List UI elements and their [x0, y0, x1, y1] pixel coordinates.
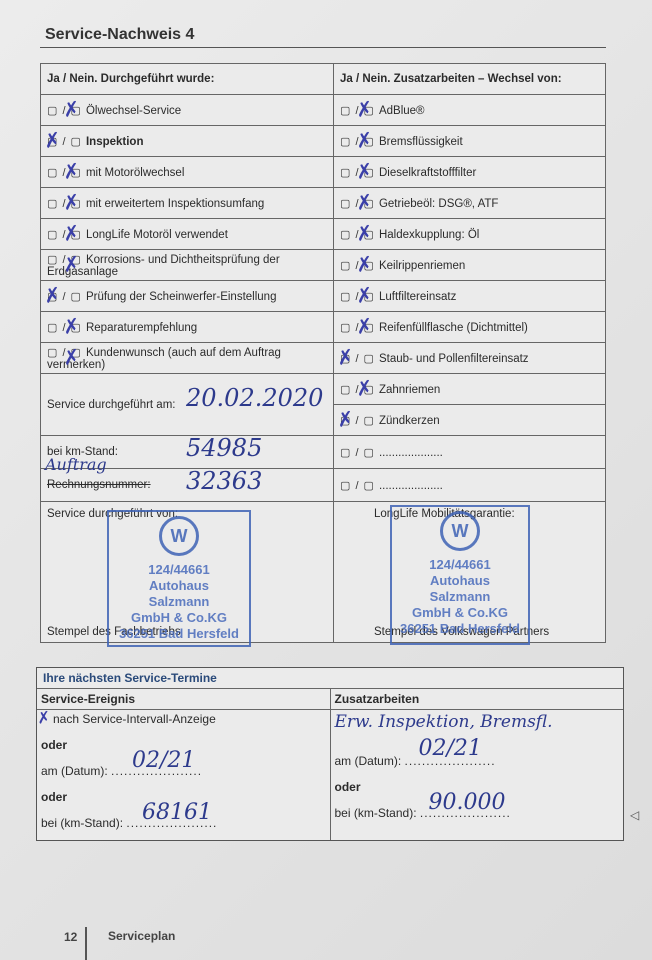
item-label: Luftfiltereinsatz: [379, 291, 456, 303]
vw-logo-icon: W: [440, 511, 480, 551]
stamp-line: Salzmann: [109, 594, 249, 610]
checklist-item[interactable]: ▢ / ▢✗Korrosions- und Dichtheitsprüfung …: [41, 250, 334, 281]
item-label: Bremsflüssigkeit: [379, 136, 463, 148]
item-label: Zahnriemen: [379, 384, 440, 396]
check-mark-icon: ✗: [36, 707, 52, 728]
extra-work-header: Zusatzarbeiten: [331, 689, 624, 710]
right-km-field[interactable]: bei (km-Stand): .....................90.…: [331, 804, 624, 830]
extra-work-value: Erw. Inspektion, Bremsfl.: [335, 712, 553, 732]
item-label: Getriebeöl: DSG®, ATF: [379, 198, 498, 210]
checklist-item[interactable]: ▢ / ▢✗Inspektion: [41, 126, 334, 157]
checklist-item[interactable]: ▢ / ▢....................: [334, 469, 606, 502]
header-right: Ja / Nein. Zusatzarbeiten – Wechsel von:: [334, 64, 606, 95]
page-number: 12: [64, 930, 77, 944]
field-label: Service durchgeführt am:: [47, 399, 175, 411]
item-label: LongLife Motoröl verwendet: [86, 229, 228, 241]
field-value: 32363: [186, 467, 262, 495]
check-mark-icon: ✗: [42, 127, 62, 153]
checklist-item[interactable]: ▢ / ▢✗Reparaturempfehlung: [41, 312, 334, 343]
check-mark-icon: ✗: [61, 158, 81, 184]
check-mark-icon: ✗: [61, 251, 81, 277]
item-label: Dieselkraftstofffilter: [379, 167, 476, 179]
yes-no-checkbox[interactable]: ▢ / ▢: [340, 446, 375, 459]
checklist-item[interactable]: ▢ / ▢✗Ölwechsel-Service: [41, 95, 334, 126]
service-event-column: Service-Ereignis ✗nach Service-Intervall…: [37, 689, 331, 840]
km-field[interactable]: bei (km-Stand): .....................681…: [37, 814, 330, 840]
date-label: am (Datum):: [41, 764, 108, 778]
dealer-stamp-right: W 124/44661 Autohaus Salzmann GmbH & Co.…: [390, 505, 530, 645]
item-label: Zündkerzen: [379, 415, 440, 427]
checklist-item[interactable]: ▢ / ▢✗Dieselkraftstofffilter: [334, 157, 606, 188]
item-label: Reifenfüllflasche (Dichtmittel): [379, 322, 528, 334]
check-mark-icon: ✗: [354, 251, 374, 277]
check-mark-icon: ✗: [354, 375, 374, 401]
check-mark-icon: ✗: [61, 96, 81, 122]
checklist-item[interactable]: ▢ / ▢✗AdBlue®: [334, 95, 606, 126]
stamp-line: 36251 Bad Hersfeld: [392, 621, 528, 637]
stamp-number: 124/44661: [109, 562, 249, 578]
item-label: Kundenwunsch (auch auf dem Auftrag verme…: [47, 347, 281, 371]
checklist-item[interactable]: ▢ / ▢✗mit Motorölwechsel: [41, 157, 334, 188]
invoice-correction: Auftrag: [45, 455, 107, 474]
triangle-marker-icon: ◁: [630, 808, 639, 822]
right-km-value: 90.000: [429, 790, 506, 815]
stamp-line: GmbH & Co.KG: [109, 610, 249, 626]
checklist-item[interactable]: ▢ / ▢✗Haldexkupplung: Öl: [334, 219, 606, 250]
footer-divider: [85, 927, 87, 960]
item-label: ....................: [379, 480, 443, 492]
item-label: Keilrippenriemen: [379, 260, 465, 272]
form-field[interactable]: Rechnungsnummer:32363Auftrag: [41, 469, 334, 502]
checklist-item[interactable]: ▢ / ▢✗Zündkerzen: [334, 405, 605, 436]
footer-section: Serviceplan: [108, 929, 175, 943]
extra-work-field[interactable]: Erw. Inspektion, Bremsfl.: [331, 710, 624, 736]
item-label: Ölwechsel-Service: [86, 105, 181, 117]
vw-logo-icon: W: [159, 516, 199, 556]
stamp-number: 124/44661: [392, 557, 528, 573]
km-label: bei (km-Stand):: [41, 816, 123, 830]
item-label: mit Motorölwechsel: [86, 167, 184, 179]
interval-option[interactable]: ✗nach Service-Intervall-Anzeige: [37, 710, 330, 736]
check-mark-icon: ✗: [354, 96, 374, 122]
checklist-item[interactable]: ▢ / ▢✗mit erweitertem Inspektionsumfang: [41, 188, 334, 219]
stamp-line: Autohaus: [109, 578, 249, 594]
date-field[interactable]: am (Datum): .....................02/21: [37, 762, 330, 788]
item-label: Staub- und Pollenfiltereinsatz: [379, 353, 529, 365]
checklist-item[interactable]: ▢ / ▢✗Getriebeöl: DSG®, ATF: [334, 188, 606, 219]
field-value: 54985: [186, 434, 262, 462]
form-field[interactable]: Service durchgeführt am:20.02.2020: [41, 374, 334, 436]
extra-work-column: Zusatzarbeiten Erw. Inspektion, Bremsfl.…: [331, 689, 624, 840]
check-mark-icon: ✗: [335, 406, 355, 432]
next-service-heading: Ihre nächsten Service-Termine: [37, 668, 623, 689]
item-label: Reparaturempfehlung: [86, 322, 197, 334]
check-mark-icon: ✗: [61, 344, 81, 370]
item-label: AdBlue®: [379, 105, 425, 117]
stamp-line: 36251 Bad Hersfeld: [109, 626, 249, 642]
item-label: Inspektion: [86, 136, 144, 148]
page-title: Service-Nachweis 4: [45, 26, 194, 44]
check-mark-icon: ✗: [354, 127, 374, 153]
check-mark-icon: ✗: [61, 220, 81, 246]
checklist-item[interactable]: ▢ / ▢✗Bremsflüssigkeit: [334, 126, 606, 157]
checklist-item[interactable]: ▢ / ▢✗Reifenfüllflasche (Dichtmittel): [334, 312, 606, 343]
field-value: 20.02.2020: [186, 384, 323, 412]
check-mark-icon: ✗: [354, 313, 374, 339]
checklist-item[interactable]: ▢ / ▢✗Luftfiltereinsatz: [334, 281, 606, 312]
check-mark-icon: ✗: [335, 344, 355, 370]
stamp-line: Salzmann: [392, 589, 528, 605]
km-value: 68161: [142, 800, 212, 825]
checklist-item[interactable]: ▢ / ▢....................: [334, 436, 606, 469]
date-label: am (Datum):: [335, 754, 402, 768]
check-mark-icon: ✗: [61, 189, 81, 215]
yes-no-checkbox[interactable]: ▢ / ▢: [340, 479, 375, 492]
next-service-section: Ihre nächsten Service-Termine Service-Er…: [36, 667, 624, 841]
stamp-line: Autohaus: [392, 573, 528, 589]
dealer-stamp-left: W 124/44661 Autohaus Salzmann GmbH & Co.…: [107, 510, 251, 647]
check-mark-icon: ✗: [354, 220, 374, 246]
right-date-field[interactable]: am (Datum): .....................02/21: [331, 752, 624, 778]
item-label: Prüfung der Scheinwerfer-Einstellung: [86, 291, 277, 303]
header-left: Ja / Nein. Durchgeführt wurde:: [41, 64, 334, 95]
check-mark-icon: ✗: [42, 282, 62, 308]
date-value: 02/21: [132, 748, 195, 773]
checklist-item[interactable]: ▢ / ▢✗Prüfung der Scheinwerfer-Einstellu…: [41, 281, 334, 312]
checklist-item[interactable]: ▢ / ▢✗LongLife Motoröl verwendet: [41, 219, 334, 250]
title-rule: [40, 47, 606, 48]
item-label: ....................: [379, 447, 443, 459]
stamp-line: GmbH & Co.KG: [392, 605, 528, 621]
km-label: bei (km-Stand):: [335, 806, 417, 820]
field-label: Rechnungsnummer:: [47, 479, 151, 491]
check-mark-icon: ✗: [61, 313, 81, 339]
item-label: mit erweitertem Inspektionsumfang: [86, 198, 264, 210]
checklist-item[interactable]: ▢ / ▢✗Kundenwunsch (auch auf dem Auftrag…: [41, 343, 334, 374]
right-date-value: 02/21: [419, 736, 482, 761]
check-mark-icon: ✗: [354, 282, 374, 308]
interval-label: nach Service-Intervall-Anzeige: [53, 712, 216, 726]
check-mark-icon: ✗: [354, 158, 374, 184]
checklist-item[interactable]: ▢ / ▢✗Staub- und Pollenfiltereinsatz: [334, 343, 606, 374]
check-mark-icon: ✗: [354, 189, 374, 215]
service-event-header: Service-Ereignis: [37, 689, 330, 710]
item-label: Haldexkupplung: Öl: [379, 229, 479, 241]
checklist-item[interactable]: ▢ / ▢✗Keilrippenriemen: [334, 250, 606, 281]
checklist-item[interactable]: ▢ / ▢✗Zahnriemen: [334, 374, 605, 405]
